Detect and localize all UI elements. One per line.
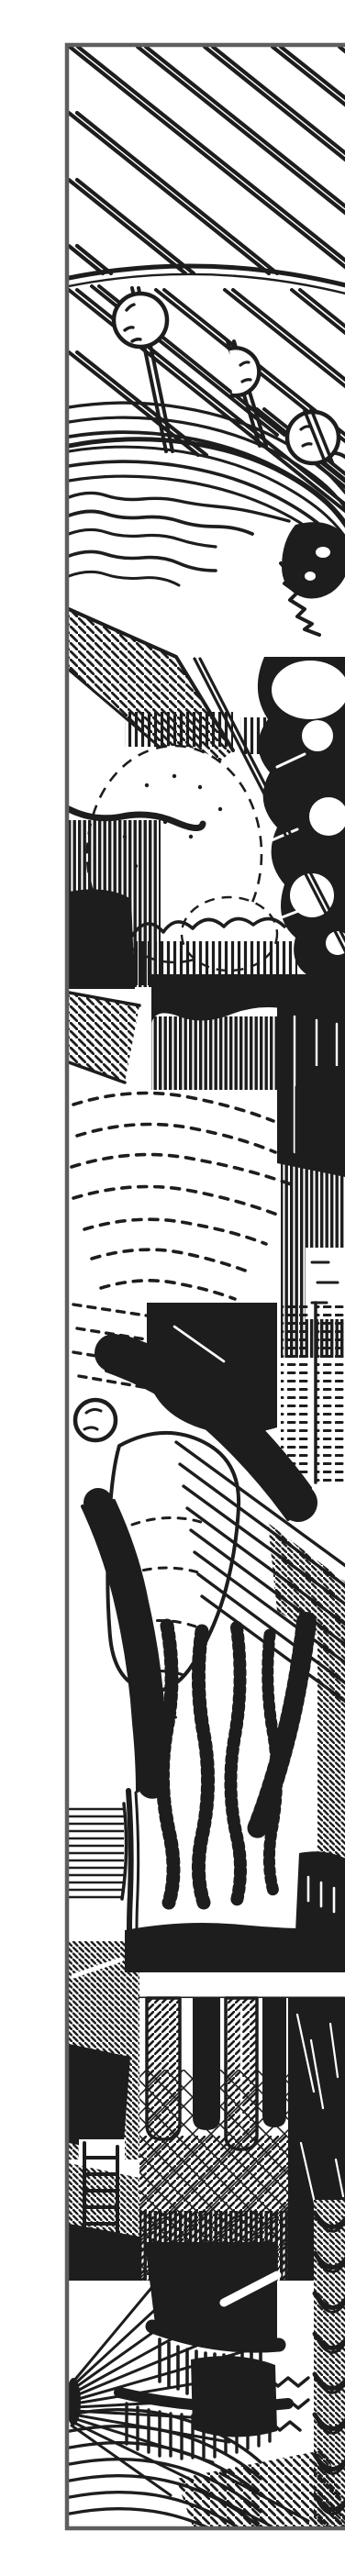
horiz-wedge (69, 1804, 127, 1899)
artwork-panel (37, 15, 345, 2561)
dark-patch (191, 2356, 277, 2437)
braid-column-group (314, 2200, 345, 2526)
ink-illustration-svg (37, 15, 345, 2561)
left-panel (69, 1941, 139, 2160)
dark-divider-band (125, 1923, 345, 1972)
small-ball (75, 1400, 116, 1440)
white-beam (139, 1972, 344, 1998)
left-bottom-wedge (69, 2163, 139, 2281)
